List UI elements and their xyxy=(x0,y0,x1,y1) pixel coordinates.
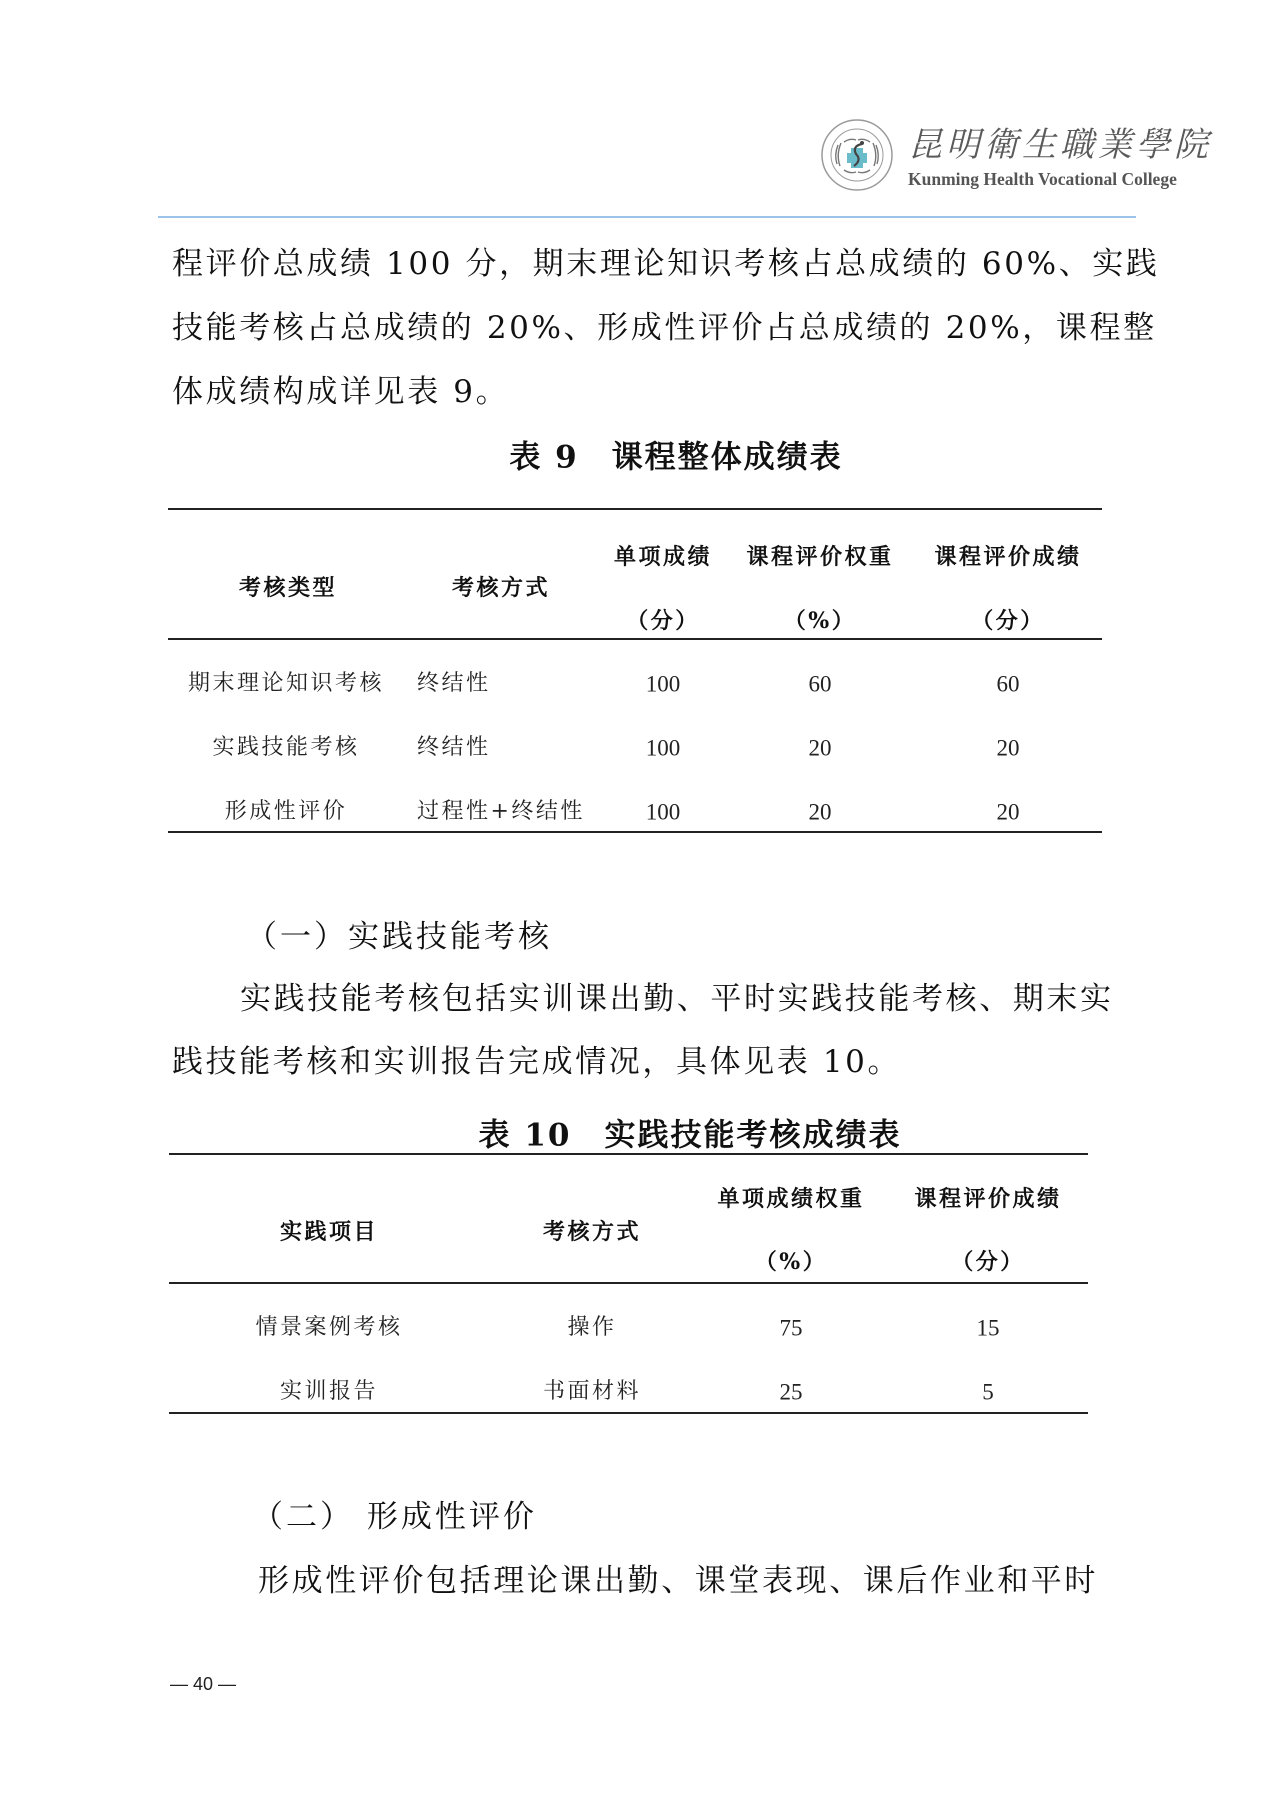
table-bottom-rule xyxy=(168,831,1102,833)
cell-weight: 20 xyxy=(809,801,832,824)
column-header: 实践项目 xyxy=(280,1221,378,1243)
column-header-unit: （分） xyxy=(971,610,1045,632)
cell-method: 书面材料 xyxy=(543,1381,641,1403)
cell-method: 过程性+终结性 xyxy=(417,801,585,823)
section-heading: （二） 形成性评价 xyxy=(252,1502,537,1533)
cell-type: 实践技能考核 xyxy=(212,737,359,759)
institution-name-cn: 昆明衛生職業學院 xyxy=(908,128,1212,162)
column-header-unit: （%） xyxy=(755,1251,827,1273)
column-header: 课程评价成绩 xyxy=(934,546,1081,568)
cell-weight: 25 xyxy=(780,1381,803,1404)
cell-score: 100 xyxy=(646,737,681,760)
table-header-rule xyxy=(168,638,1102,640)
table-title: 表 10 实践技能考核成绩表 xyxy=(479,1121,902,1152)
paragraph-line: 实践技能考核包括实训课出勤、平时实践技能考核、期末实 xyxy=(240,984,1114,1015)
cell-course-score: 20 xyxy=(997,801,1020,824)
cell-course-score: 60 xyxy=(997,673,1020,696)
column-header-unit: （%） xyxy=(784,610,856,632)
cell-weight: 20 xyxy=(809,737,832,760)
cell-item: 实训报告 xyxy=(280,1381,378,1403)
cell-weight: 60 xyxy=(809,673,832,696)
cell-item: 情景案例考核 xyxy=(255,1317,402,1339)
table-header-rule xyxy=(169,1282,1088,1284)
cell-method: 终结性 xyxy=(417,737,491,759)
cell-type: 期末理论知识考核 xyxy=(188,673,384,695)
page-number: — 40 — xyxy=(170,1674,236,1695)
column-header-unit: （分） xyxy=(951,1251,1025,1273)
paragraph-line: 形成性评价包括理论课出勤、课堂表现、课后作业和平时 xyxy=(258,1566,1098,1597)
column-header: 考核类型 xyxy=(239,577,337,599)
column-header: 考核方式 xyxy=(543,1221,641,1243)
paragraph-line: 践技能考核和实训报告完成情况，具体见表 10。 xyxy=(172,1047,901,1078)
column-header-unit: （分） xyxy=(626,610,700,632)
college-emblem-icon xyxy=(820,118,894,192)
cell-course-score: 15 xyxy=(977,1317,1000,1340)
institution-name-en: Kunming Health Vocational College xyxy=(908,171,1177,189)
paragraph-line: 技能考核占总成绩的 20%、形成性评价占总成绩的 20%，课程整 xyxy=(172,313,1157,344)
paragraph-line: 程评价总成绩 100 分，期末理论知识考核占总成绩的 60%、实践 xyxy=(172,249,1159,280)
column-header: 考核方式 xyxy=(452,577,550,599)
column-header: 单项成绩 xyxy=(614,546,712,568)
table-bottom-rule xyxy=(169,1412,1088,1414)
column-header: 单项成绩权重 xyxy=(717,1188,864,1210)
table-top-rule xyxy=(169,1153,1088,1155)
column-header: 课程评价权重 xyxy=(746,546,893,568)
cell-method: 终结性 xyxy=(417,673,491,695)
cell-method: 操作 xyxy=(567,1317,616,1339)
paragraph-line: 体成绩构成详见表 9。 xyxy=(172,377,509,408)
cell-weight: 75 xyxy=(780,1317,803,1340)
section-heading: （一）实践技能考核 xyxy=(246,922,552,953)
cell-course-score: 5 xyxy=(982,1381,994,1404)
cell-score: 100 xyxy=(646,673,681,696)
table-title: 表 9 课程整体成绩表 xyxy=(509,443,842,474)
column-header: 课程评价成绩 xyxy=(914,1188,1061,1210)
header-divider xyxy=(158,216,1136,218)
table-top-rule xyxy=(168,508,1102,510)
cell-type: 形成性评价 xyxy=(225,801,348,823)
cell-course-score: 20 xyxy=(997,737,1020,760)
cell-score: 100 xyxy=(646,801,681,824)
